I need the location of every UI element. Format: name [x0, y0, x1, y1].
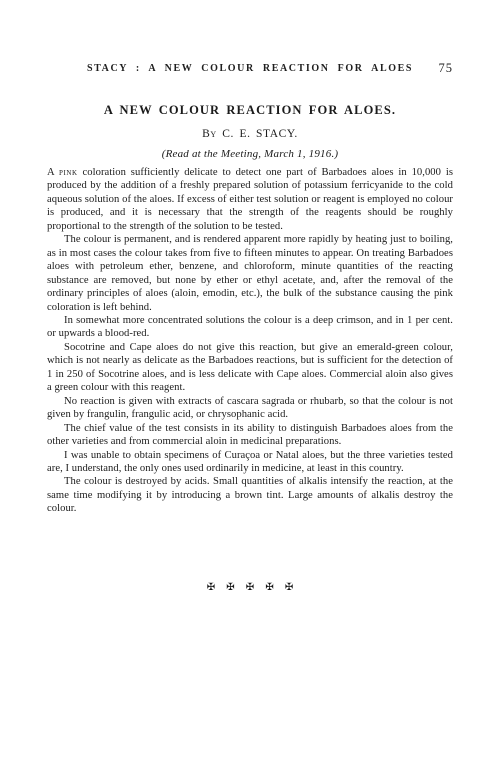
article-body: A pink coloration sufficiently delicate …	[47, 166, 453, 516]
paragraph-1-rest: coloration sufficiently delicate to dete…	[47, 167, 453, 232]
paragraph-7: I was unable to obtain specimens of Cura…	[47, 449, 453, 476]
article-title: A NEW COLOUR REACTION FOR ALOES.	[0, 103, 500, 118]
paragraph-1-lead: A	[47, 167, 59, 178]
running-head: STACY : A NEW COLOUR REACTION FOR ALOES …	[47, 63, 453, 77]
paragraph-1-smallcaps: pink	[59, 167, 78, 178]
running-title: STACY : A NEW COLOUR REACTION FOR ALOES	[47, 63, 453, 74]
maltese-cross-ornament: ✠ ✠ ✠ ✠ ✠	[0, 582, 500, 593]
paragraph-2: The colour is permanent, and is rendered…	[47, 233, 453, 314]
paragraph-6: The chief value of the test consists in …	[47, 422, 453, 449]
paragraph-3: In somewhat more concentrated solutions …	[47, 314, 453, 341]
paragraph-8: The colour is destroyed by acids. Small …	[47, 475, 453, 515]
paragraph-1: A pink coloration sufficiently delicate …	[47, 166, 453, 233]
byline: By C. E. STACY.	[0, 128, 500, 140]
paragraph-5: No reaction is given with extracts of ca…	[47, 395, 453, 422]
journal-page: STACY : A NEW COLOUR REACTION FOR ALOES …	[0, 0, 500, 760]
page-number: 75	[439, 61, 454, 76]
read-note: (Read at the Meeting, March 1, 1916.)	[0, 148, 500, 160]
paragraph-4: Socotrine and Cape aloes do not give thi…	[47, 341, 453, 395]
